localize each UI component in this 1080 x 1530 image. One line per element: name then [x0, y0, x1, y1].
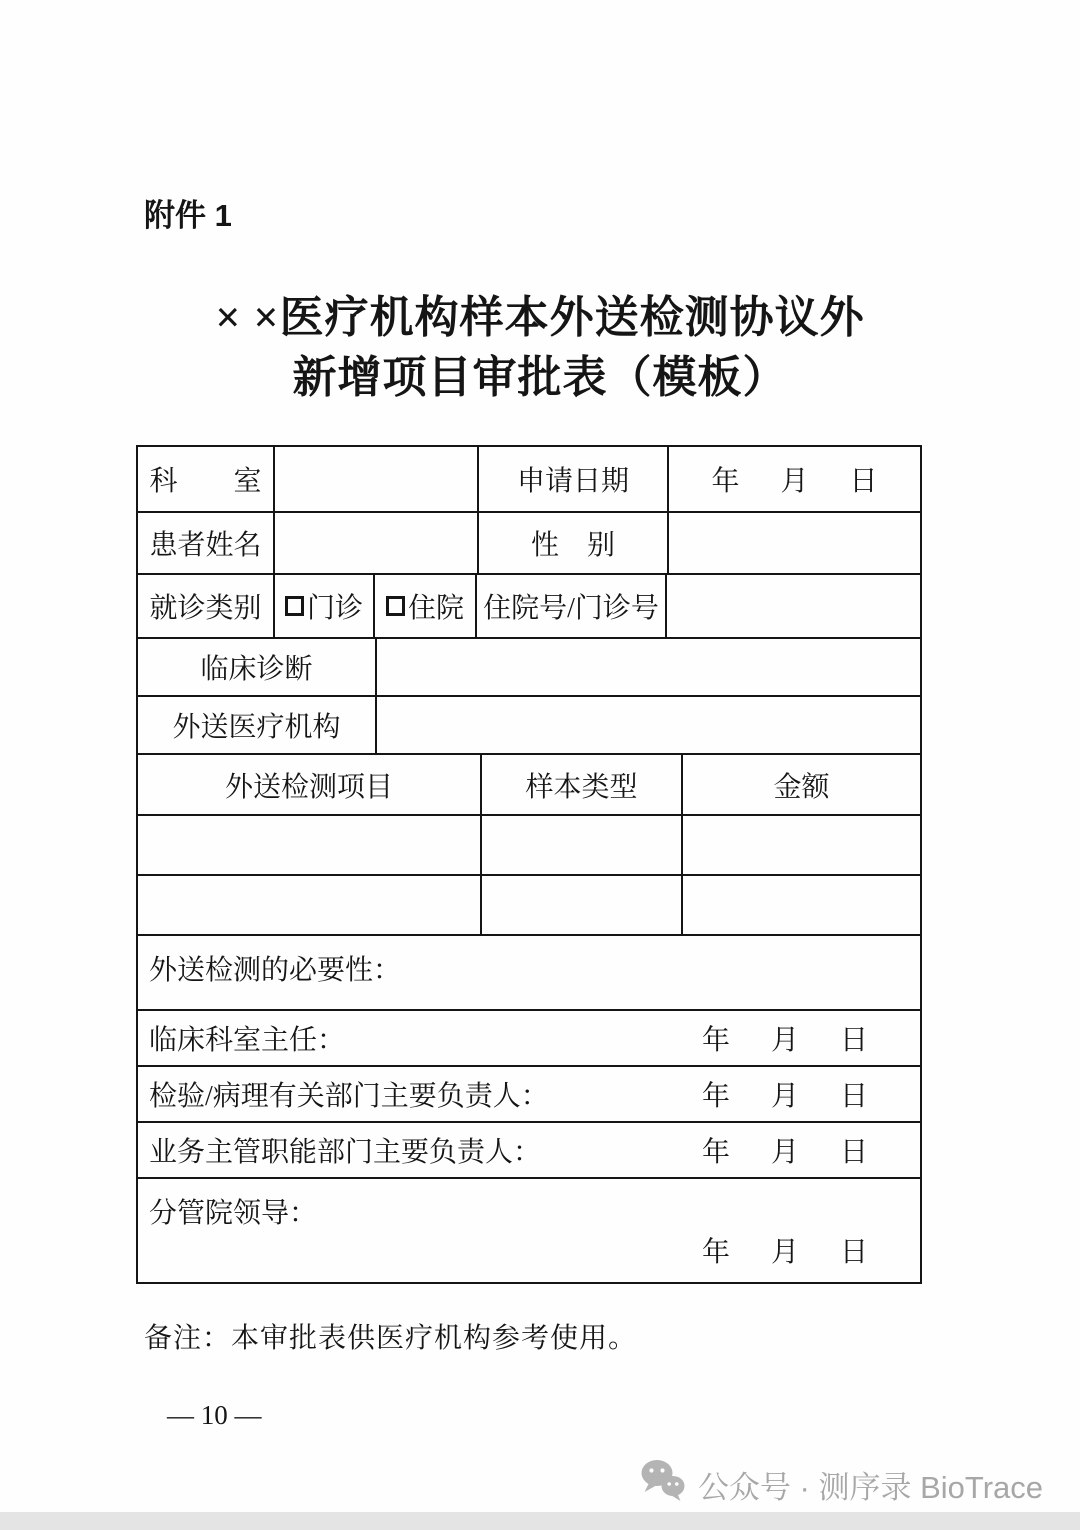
- department-input-cell: [273, 447, 477, 511]
- apply-date-input-cell: 年月日: [667, 447, 920, 511]
- sign-dept-director-label: 临床科室主任：: [149, 1018, 345, 1058]
- item-header: 外送检测项目: [225, 765, 393, 805]
- item-header-cell: 外送检测项目: [138, 755, 480, 814]
- note-text: 备注：本审批表供医疗机构参考使用。: [144, 1316, 637, 1356]
- date-placeholder: 年月日: [711, 459, 877, 499]
- attachment-label: 附件 1: [144, 190, 232, 235]
- row-visit-type: 就诊类别 门诊 住院 住院号/门诊号: [138, 573, 920, 637]
- patient-name-label-cell: 患者姓名: [138, 513, 273, 573]
- department-label: 科 室: [149, 459, 261, 499]
- visit-no-input-cell: [665, 575, 920, 637]
- sample-type-input-cell: [480, 816, 681, 874]
- date-day: 日: [840, 1018, 868, 1058]
- institution-label-cell: 外送医疗机构: [138, 697, 375, 753]
- amount-input-cell: [681, 876, 920, 934]
- gender-label-cell: 性 别: [477, 513, 667, 573]
- title-line-2: 新增项目审批表（模板）: [0, 348, 1080, 408]
- row-item-1: [138, 814, 920, 874]
- row-items-header: 外送检测项目 样本类型 金额: [138, 753, 920, 814]
- wechat-icon: [640, 1458, 686, 1510]
- date-day: 日: [850, 459, 878, 499]
- visit-no-label-cell: 住院号/门诊号: [475, 575, 665, 637]
- approval-form-table: 科 室 申请日期 年月日 患者姓名 性 别 就诊类别 门诊 住院: [136, 445, 922, 1284]
- date-placeholder: 年月日: [702, 1130, 868, 1170]
- sample-type-input-cell: [480, 876, 681, 934]
- page-number: — 10 —: [167, 1400, 262, 1431]
- date-month: 月: [771, 1230, 799, 1270]
- amount-header: 金额: [773, 765, 829, 805]
- footer-watermark: 公众号 · 测序录 BioTrace: [640, 1458, 1043, 1510]
- institution-label: 外送医疗机构: [172, 705, 340, 745]
- institution-input-cell: [375, 697, 920, 753]
- sign-hospital-leader-label: 分管院领导：: [149, 1191, 317, 1231]
- date-placeholder: 年月日: [702, 1074, 868, 1114]
- patient-name-input-cell: [273, 513, 477, 573]
- date-placeholder: 年月日: [702, 1018, 868, 1058]
- date-year: 年: [702, 1230, 730, 1270]
- apply-date-label: 申请日期: [517, 459, 629, 499]
- diagnosis-input-cell: [375, 639, 920, 695]
- form-title: × ×医疗机构样本外送检测协议外 新增项目审批表（模板）: [0, 288, 1080, 408]
- date-placeholder: 年月日: [702, 1230, 868, 1270]
- inpatient-option-cell: 住院: [373, 575, 475, 637]
- sample-type-header-cell: 样本类型: [480, 755, 681, 814]
- date-year: 年: [702, 1130, 730, 1170]
- row-sign-admin-head: 业务主管职能部门主要负责人： 年月日: [138, 1121, 920, 1177]
- row-diagnosis: 临床诊断: [138, 637, 920, 695]
- necessity-label: 外送检测的必要性：: [149, 948, 401, 988]
- row-department: 科 室 申请日期 年月日: [138, 447, 920, 511]
- necessity-cell: 外送检测的必要性：: [138, 936, 920, 1009]
- department-label-cell: 科 室: [138, 447, 273, 511]
- row-sign-dept-director: 临床科室主任： 年月日: [138, 1009, 920, 1065]
- date-year: 年: [711, 459, 739, 499]
- document-page: 附件 1 × ×医疗机构样本外送检测协议外 新增项目审批表（模板） 科 室 申请…: [0, 0, 1080, 1530]
- date-month: 月: [771, 1018, 799, 1058]
- inpatient-label: 住院: [408, 586, 464, 626]
- checkbox-icon: [386, 596, 405, 616]
- visit-no-label: 住院号/门诊号: [483, 586, 659, 626]
- date-month: 月: [771, 1130, 799, 1170]
- amount-input-cell: [681, 816, 920, 874]
- sample-type-header: 样本类型: [525, 765, 637, 805]
- date-year: 年: [702, 1018, 730, 1058]
- amount-header-cell: 金额: [681, 755, 920, 814]
- apply-date-label-cell: 申请日期: [477, 447, 667, 511]
- row-patient: 患者姓名 性 别: [138, 511, 920, 573]
- gender-input-cell: [667, 513, 920, 573]
- date-month: 月: [780, 459, 808, 499]
- visit-type-label: 就诊类别: [149, 586, 261, 626]
- date-month: 月: [771, 1074, 799, 1114]
- date-day: 日: [840, 1230, 868, 1270]
- date-year: 年: [702, 1074, 730, 1114]
- outpatient-option-cell: 门诊: [273, 575, 373, 637]
- date-day: 日: [840, 1130, 868, 1170]
- visit-type-label-cell: 就诊类别: [138, 575, 273, 637]
- outpatient-label: 门诊: [307, 586, 363, 626]
- patient-name-label: 患者姓名: [149, 523, 261, 563]
- diagnosis-label-cell: 临床诊断: [138, 639, 375, 695]
- sign-lab-head-label: 检验/病理有关部门主要负责人：: [149, 1074, 549, 1114]
- row-necessity: 外送检测的必要性：: [138, 934, 920, 1009]
- sign-admin-head-label: 业务主管职能部门主要负责人：: [149, 1130, 541, 1170]
- watermark-text: 公众号 · 测序录 BioTrace: [698, 1462, 1043, 1507]
- item-input-cell: [138, 876, 480, 934]
- diagnosis-label: 临床诊断: [200, 647, 312, 687]
- item-input-cell: [138, 816, 480, 874]
- title-line-1: × ×医疗机构样本外送检测协议外: [0, 288, 1080, 348]
- bottom-strip: [0, 1512, 1080, 1530]
- row-item-2: [138, 874, 920, 934]
- row-sign-lab-head: 检验/病理有关部门主要负责人： 年月日: [138, 1065, 920, 1121]
- date-day: 日: [840, 1074, 868, 1114]
- checkbox-icon: [285, 596, 304, 616]
- row-institution: 外送医疗机构: [138, 695, 920, 753]
- gender-label: 性 别: [531, 523, 615, 563]
- row-sign-hospital-leader: 分管院领导： 年月日: [138, 1177, 920, 1282]
